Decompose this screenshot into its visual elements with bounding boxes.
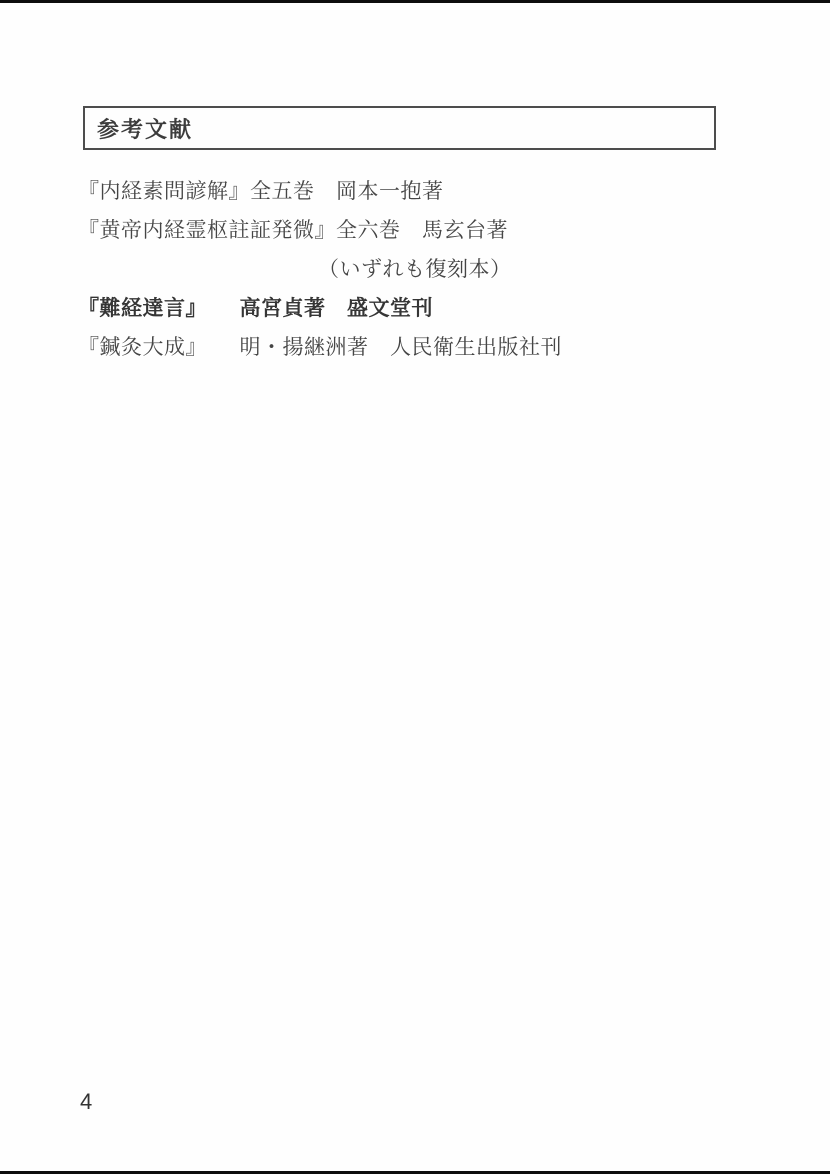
scan-edge-top bbox=[0, 0, 830, 3]
reference-list: 『内経素問諺解』全五巻 岡本一抱著 『黄帝内経霊枢註証発微』全六巻 馬玄台著 （… bbox=[78, 180, 778, 375]
section-heading: 参考文献 bbox=[85, 113, 193, 144]
scanned-page: 参考文献 『内経素問諺解』全五巻 岡本一抱著 『黄帝内経霊枢註証発微』全六巻 馬… bbox=[0, 0, 830, 1174]
reference-line: 『難経達言』 高宮貞著 盛文堂刊 bbox=[78, 297, 778, 321]
reference-line: 『黄帝内経霊枢註証発微』全六巻 馬玄台著 bbox=[78, 219, 778, 243]
reference-line-note: （いずれも復刻本） bbox=[78, 258, 778, 282]
page-number: 4 bbox=[80, 1089, 92, 1115]
section-heading-box: 参考文献 bbox=[83, 106, 716, 150]
reference-line: 『内経素問諺解』全五巻 岡本一抱著 bbox=[78, 180, 778, 204]
reference-line: 『鍼灸大成』 明・揚継洲著 人民衛生出版社刊 bbox=[78, 336, 778, 360]
